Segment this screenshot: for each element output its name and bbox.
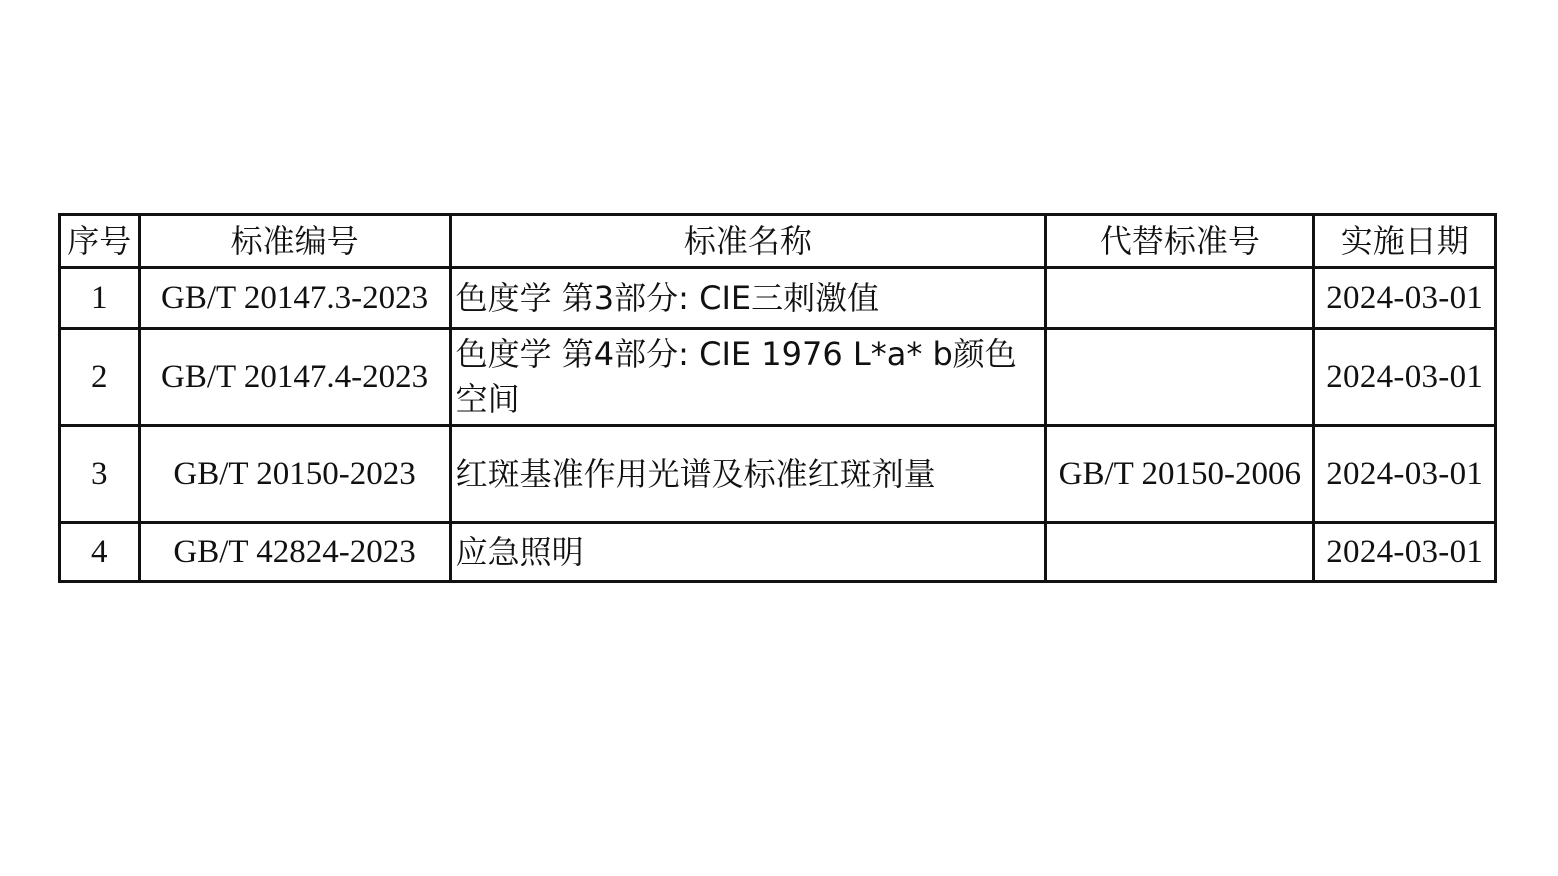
cell-effective-date: 2024-03-01	[1314, 523, 1496, 582]
header-standard-code: 标准编号	[139, 215, 450, 268]
cell-effective-date: 2024-03-01	[1314, 268, 1496, 329]
cell-index: 1	[60, 268, 140, 329]
standards-table: 序号 标准编号 标准名称 代替标准号 实施日期 1 GB/T 20147.3-2…	[58, 213, 1497, 583]
cell-standard-name: 应急照明	[450, 523, 1046, 582]
cell-replaced-standard	[1046, 329, 1314, 426]
standard-name-text: 红斑基准作用光谱及标准红斑剂量	[456, 455, 936, 493]
cell-standard-code: GB/T 42824-2023	[139, 523, 450, 582]
table-row: 3 GB/T 20150-2023 红斑基准作用光谱及标准红斑剂量 GB/T 2…	[60, 426, 1496, 523]
cell-standard-name: 色度学 第4部分: CIE 1976 L*a* b颜色空间	[450, 329, 1046, 426]
cell-replaced-standard: GB/T 20150-2006	[1046, 426, 1314, 523]
header-replaced-standard: 代替标准号	[1046, 215, 1314, 268]
cell-effective-date: 2024-03-01	[1314, 426, 1496, 523]
standard-name-text: 应急照明	[456, 533, 584, 571]
cell-replaced-standard	[1046, 523, 1314, 582]
cell-effective-date: 2024-03-01	[1314, 329, 1496, 426]
cell-standard-code: GB/T 20147.3-2023	[139, 268, 450, 329]
header-effective-date: 实施日期	[1314, 215, 1496, 268]
header-index: 序号	[60, 215, 140, 268]
cell-index: 2	[60, 329, 140, 426]
table-row: 4 GB/T 42824-2023 应急照明 2024-03-01	[60, 523, 1496, 582]
table-row: 2 GB/T 20147.4-2023 色度学 第4部分: CIE 1976 L…	[60, 329, 1496, 426]
cell-standard-name: 色度学 第3部分: CIE三刺激值	[450, 268, 1046, 329]
standard-name-text: 色度学 第3部分: CIE三刺激值	[456, 279, 880, 317]
cell-standard-name: 红斑基准作用光谱及标准红斑剂量	[450, 426, 1046, 523]
cell-replaced-standard	[1046, 268, 1314, 329]
standard-name-text: 色度学 第4部分: CIE 1976 L*a* b颜色空间	[456, 335, 1017, 418]
cell-index: 3	[60, 426, 140, 523]
cell-index: 4	[60, 523, 140, 582]
table-header-row: 序号 标准编号 标准名称 代替标准号 实施日期	[60, 215, 1496, 268]
cell-standard-code: GB/T 20147.4-2023	[139, 329, 450, 426]
cell-standard-code: GB/T 20150-2023	[139, 426, 450, 523]
table-row: 1 GB/T 20147.3-2023 色度学 第3部分: CIE三刺激值 20…	[60, 268, 1496, 329]
header-standard-name: 标准名称	[450, 215, 1046, 268]
